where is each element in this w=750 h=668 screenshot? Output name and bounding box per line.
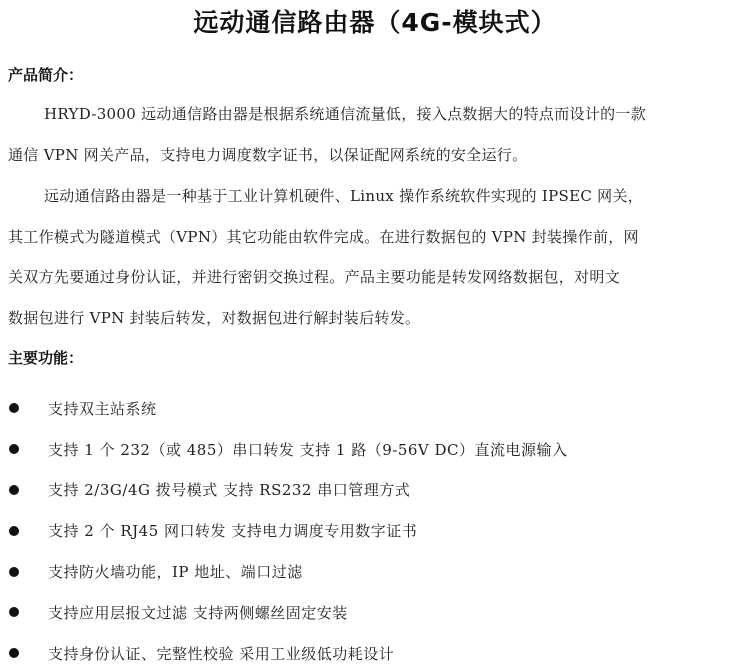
bullet-icon <box>9 648 19 658</box>
document-title: 远动通信路由器（4G-模块式） <box>0 6 750 40</box>
text-line: 通信 VPN 网关产品，支持电力调度数字证书，以保证配网系统的安全运行。 <box>8 146 527 164</box>
feature-text: 支持双主站系统 <box>48 398 157 419</box>
bullet-icon <box>9 444 19 454</box>
feature-text: 支持 2/3G/4G 拨号模式 支持 RS232 串口管理方式 <box>48 479 410 500</box>
intro-paragraph-1-line-2: 通信 VPN 网关产品，支持电力调度数字证书，以保证配网系统的安全运行。 <box>8 135 740 176</box>
features-heading: 主要功能： <box>8 347 83 369</box>
text-line: HRYD-3000 远动通信路由器是根据系统通信流量低，接入点数据大的特点而设计… <box>44 105 646 123</box>
feature-text: 支持身份认证、完整性校验 采用工业级低功耗设计 <box>48 643 394 664</box>
feature-item: 支持身份认证、完整性校验 采用工业级低功耗设计 <box>0 633 750 668</box>
product-document: 远动通信路由器（4G-模块式） 产品简介： HRYD-3000 远动通信路由器是… <box>0 0 750 668</box>
intro-paragraph-2-line-4: 数据包进行 VPN 封装后转发，对数据包进行解封装后转发。 <box>8 298 740 339</box>
intro-heading: 产品简介： <box>8 64 83 86</box>
bullet-icon <box>9 607 19 617</box>
feature-text: 支持应用层报文过滤 支持两侧螺丝固定安装 <box>48 602 348 623</box>
feature-text: 支持 1 个 232（或 485）串口转发 支持 1 路（9-56V DC）直流… <box>48 439 568 460</box>
text-line: 关双方先要通过身份认证，并进行密钥交换过程。产品主要功能是转发网络数据包，对明文 <box>8 268 620 286</box>
text-line: 数据包进行 VPN 封装后转发，对数据包进行解封装后转发。 <box>8 309 420 327</box>
text-line: 远动通信路由器是一种基于工业计算机硬件、Linux 操作系统软件实现的 IPSE… <box>44 187 643 205</box>
feature-text: 支持 2 个 RJ45 网口转发 支持电力调度专用数字证书 <box>48 520 417 541</box>
bullet-icon <box>9 403 19 413</box>
bullet-icon <box>9 485 19 495</box>
intro-paragraph-2-line-1: 远动通信路由器是一种基于工业计算机硬件、Linux 操作系统软件实现的 IPSE… <box>8 176 740 217</box>
feature-item: 支持应用层报文过滤 支持两侧螺丝固定安装 <box>0 592 750 633</box>
feature-item: 支持 2/3G/4G 拨号模式 支持 RS232 串口管理方式 <box>0 470 750 511</box>
feature-item: 支持 1 个 232（或 485）串口转发 支持 1 路（9-56V DC）直流… <box>0 429 750 470</box>
intro-paragraph-1-line-1: HRYD-3000 远动通信路由器是根据系统通信流量低，接入点数据大的特点而设计… <box>8 94 740 135</box>
text-line: 其工作模式为隧道模式（VPN）其它功能由软件完成。在进行数据包的 VPN 封装操… <box>8 228 639 246</box>
feature-item: 支持双主站系统 <box>0 388 750 429</box>
intro-paragraph-2-line-3: 关双方先要通过身份认证，并进行密钥交换过程。产品主要功能是转发网络数据包，对明文 <box>8 257 740 298</box>
feature-text: 支持防火墙功能，IP 地址、端口过滤 <box>48 561 303 582</box>
intro-paragraph-2: 远动通信路由器是一种基于工业计算机硬件、Linux 操作系统软件实现的 IPSE… <box>8 176 740 338</box>
bullet-icon <box>9 567 19 577</box>
feature-item: 支持防火墙功能，IP 地址、端口过滤 <box>0 551 750 592</box>
intro-paragraph-2-line-2: 其工作模式为隧道模式（VPN）其它功能由软件完成。在进行数据包的 VPN 封装操… <box>8 217 740 258</box>
bullet-icon <box>9 526 19 536</box>
feature-item: 支持 2 个 RJ45 网口转发 支持电力调度专用数字证书 <box>0 510 750 551</box>
feature-list: 支持双主站系统 支持 1 个 232（或 485）串口转发 支持 1 路（9-5… <box>0 388 750 668</box>
intro-paragraph-1: HRYD-3000 远动通信路由器是根据系统通信流量低，接入点数据大的特点而设计… <box>8 94 740 175</box>
